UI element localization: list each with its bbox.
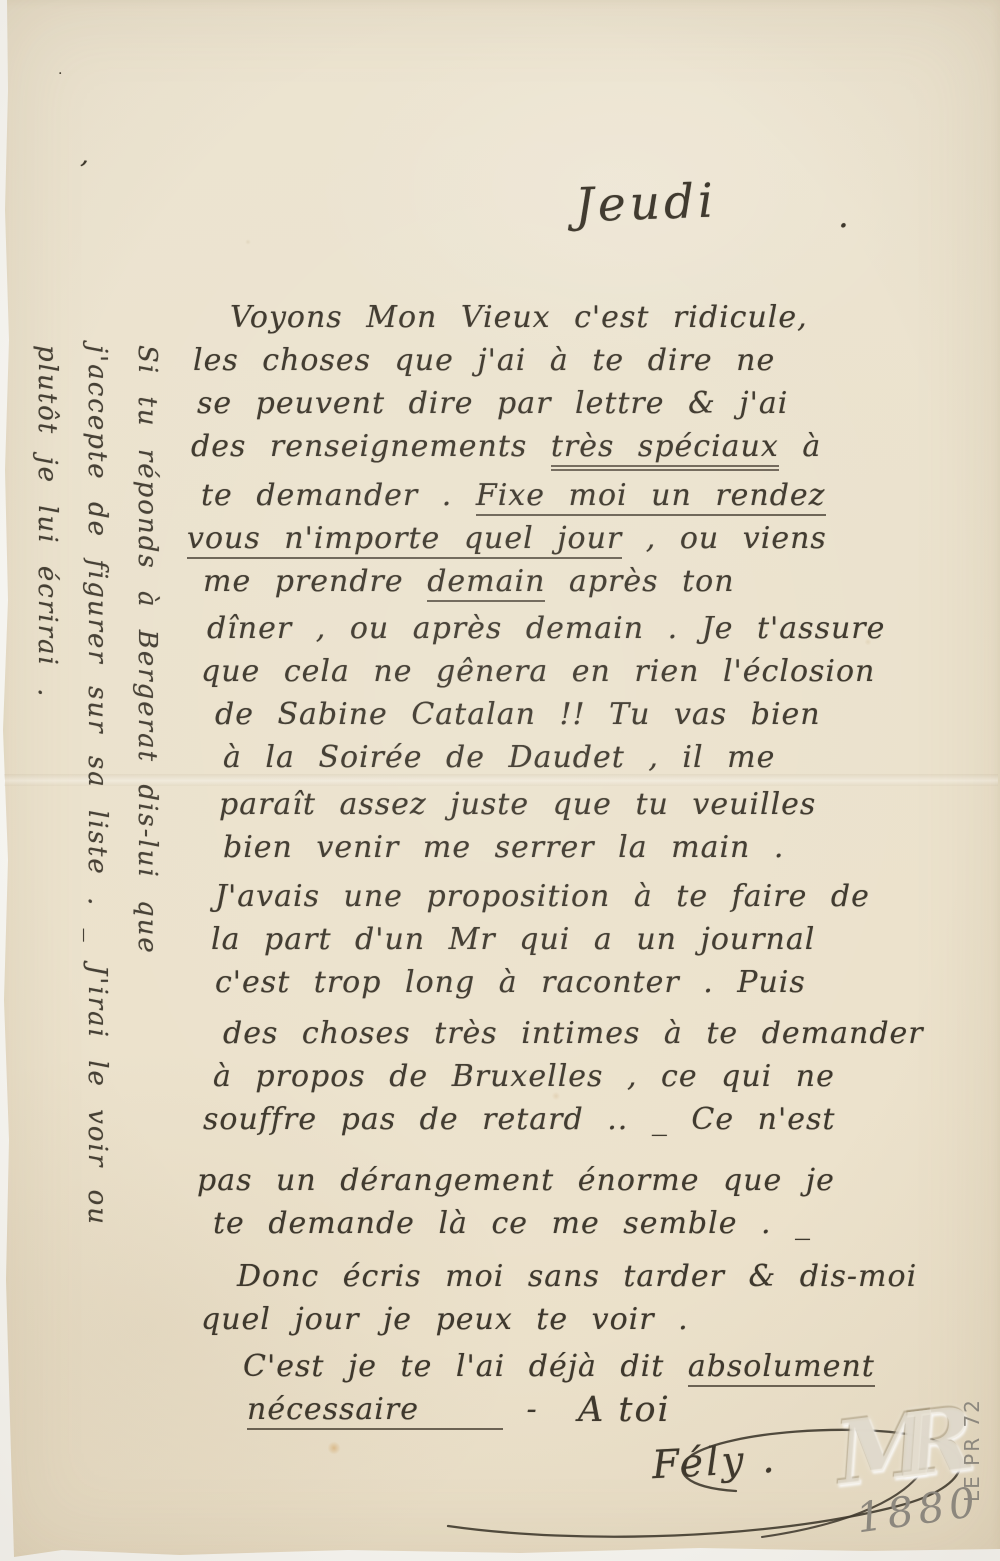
margin-note-line: plutôt je lui écrirai . [22,345,72,1510]
letter-line: les choses que j'ai à te dire ne [193,339,985,382]
letter-line: à la Soirée de Daudet , il me [223,736,985,779]
letter-line: te demander . Fixe moi un rendez [201,474,985,517]
letter-line: se peuvent dire par lettre & j'ai [197,382,985,425]
letter-line: la part d'un Mr qui a un journal [211,918,985,961]
ink-speck: . [58,62,62,78]
letter-line: pas un dérangement énorme que je [197,1159,985,1202]
letter-line: des choses très intimes à te demander [223,1012,985,1055]
letter-line: me prendre demain après ton [203,560,985,603]
letter-line: dîner , ou après demain . Je t'assure [207,607,985,650]
letter-line: vous n'importe quel jour , ou viens [187,517,985,560]
letter-line: à propos de Bruxelles , ce qui ne [213,1055,985,1098]
letter-body: Voyons Mon Vieux c'est ridicule,les chos… [185,296,985,1431]
margin-postscript: Si tu réponds à Bergerat dis-lui quej'ac… [20,345,172,1510]
letter-line: quel jour je peux te voir . [201,1298,985,1341]
letter-line: souffre pas de retard .. _ Ce n'est [203,1098,985,1141]
letter-line: paraît assez juste que tu veuilles [219,783,985,826]
letter-line: te demande là ce me semble . _ [213,1202,985,1245]
margin-note-line: j'accepte de figurer sur sa liste . _ J'… [72,345,122,1510]
letter-line: que cela ne gênera en rien l'éclosion [201,650,985,693]
letter-line: bien venir me serrer la main . [223,826,985,869]
letter-line: J'avais une proposition à te faire de [215,875,985,918]
letter-date-heading: Jeudi [574,174,718,234]
letter-line: c'est trop long à raconter . Puis [215,961,985,1004]
pencil-reference-annotation: LE PR 72 [960,1380,984,1502]
letter-line: de Sabine Catalan !! Tu vas bien [215,693,985,736]
letter-line: C'est je te l'ai déjà dit absolument [243,1345,985,1388]
letter-scan: . ’ Jeudi . Voyons Mon Vieux c'est ridic… [0,0,1000,1561]
margin-note-line: Si tu réponds à Bergerat dis-lui que [122,345,172,1510]
letter-line: Voyons Mon Vieux c'est ridicule, [230,296,985,339]
letter-line: des renseignements très spéciaux à [191,425,985,468]
heading-period: . [838,196,849,236]
letter-line: Donc écris moi sans tarder & dis-moi [237,1255,985,1298]
